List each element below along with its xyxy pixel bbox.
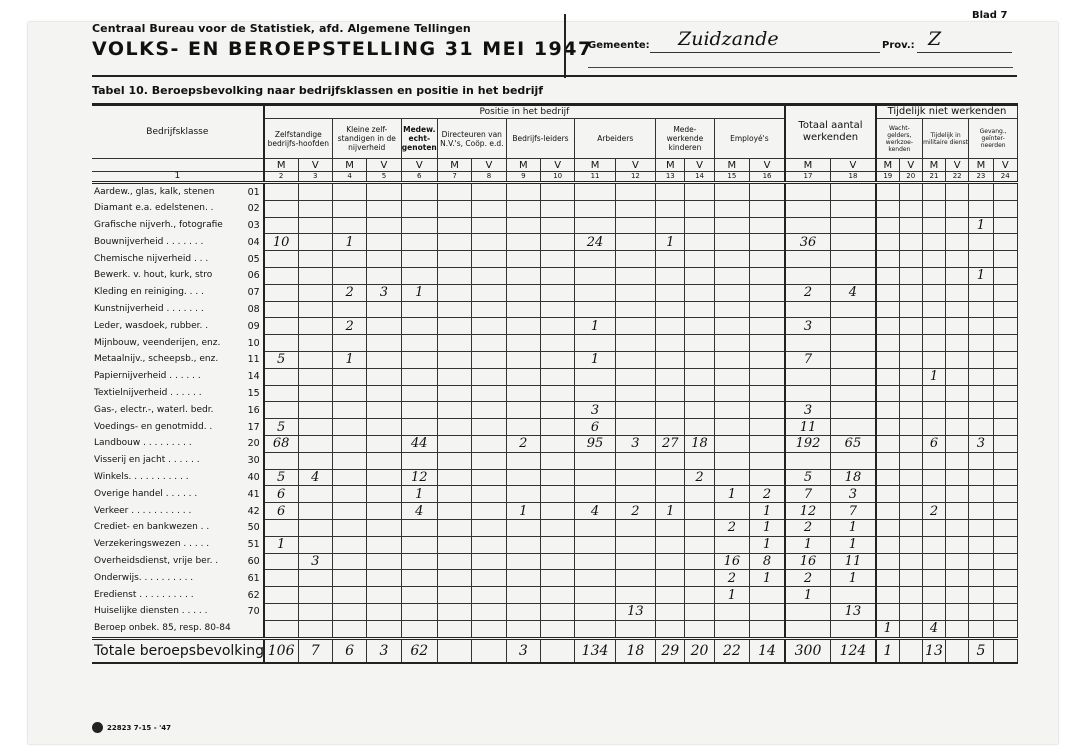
data-cell [969, 301, 993, 318]
bedrijfsklasse-name: Textielnijverheid . . . . . . [94, 388, 202, 398]
data-cell: 1 [656, 503, 685, 520]
data-cell [899, 234, 922, 251]
data-cell: 4 [922, 620, 945, 638]
row-label: Beroep onbek. 85, resp. 80-84 [92, 620, 264, 638]
data-cell [922, 318, 945, 335]
data-cell [750, 301, 785, 318]
data-cell [264, 385, 298, 402]
bedrijfsklasse-name: Onderwijs. . . . . . . . . . [94, 573, 193, 583]
data-cell [298, 183, 332, 201]
data-cell [437, 419, 471, 436]
data-cell [714, 234, 749, 251]
data-cell [685, 503, 714, 520]
data-cell [472, 638, 506, 663]
data-cell [506, 603, 540, 620]
data-cell [540, 419, 574, 436]
data-cell: 2 [922, 503, 945, 520]
data-cell [750, 368, 785, 385]
data-cell [298, 620, 332, 638]
data-cell: 36 [785, 234, 830, 251]
data-cell: 8 [750, 553, 785, 570]
data-cell [575, 553, 615, 570]
data-cell: 6 [922, 435, 945, 452]
data-cell [437, 469, 471, 486]
data-cell [785, 603, 830, 620]
data-cell [830, 200, 875, 217]
data-cell [946, 452, 969, 469]
data-cell [656, 486, 685, 503]
data-cell [298, 435, 332, 452]
data-cell [367, 351, 401, 368]
data-cell [946, 469, 969, 486]
bedrijfsklasse-code: 16 [248, 405, 263, 416]
province-label: Prov.: [882, 40, 915, 51]
province-field-line [917, 52, 1012, 53]
data-cell [899, 351, 922, 368]
table-row: Voedings- en genotmidd. .175611 [92, 419, 1018, 436]
sheet-number: Blad 7 [972, 10, 1007, 21]
data-cell [830, 217, 875, 234]
gemeente-extra-line [588, 67, 1013, 68]
data-cell: 2 [714, 519, 749, 536]
sex-header: M [264, 159, 298, 172]
data-cell [714, 452, 749, 469]
data-cell [367, 251, 401, 268]
data-cell [899, 638, 922, 663]
data-cell [876, 335, 899, 352]
data-cell [993, 385, 1017, 402]
bedrijfsklasse-name: Chemische nijverheid . . . [94, 254, 208, 264]
bedrijfsklasse-code: 60 [248, 556, 263, 567]
table-row: Kleding en reiniging. . . .0723124 [92, 284, 1018, 301]
bedrijfsklasse-name: Kleding en reiniging. . . . [94, 287, 204, 297]
data-cell [876, 603, 899, 620]
print-code: 22823 7-15 - '47 [107, 724, 171, 732]
data-cell [785, 335, 830, 352]
data-cell [506, 419, 540, 436]
bedrijfsklasse-code: 07 [248, 287, 263, 298]
data-cell [298, 419, 332, 436]
sex-header: M [437, 159, 471, 172]
data-cell [367, 368, 401, 385]
header-divider [564, 14, 566, 78]
data-cell [298, 251, 332, 268]
data-cell [946, 419, 969, 436]
data-cell: 2 [785, 570, 830, 587]
row-label: Textielnijverheid . . . . . .15 [92, 385, 264, 402]
data-cell [750, 419, 785, 436]
data-cell [685, 603, 714, 620]
header-rule [92, 75, 1017, 77]
data-cell [946, 351, 969, 368]
column-number: 24 [993, 172, 1017, 183]
data-cell [969, 335, 993, 352]
data-cell [899, 570, 922, 587]
data-cell [993, 620, 1017, 638]
data-cell [750, 217, 785, 234]
data-cell [575, 452, 615, 469]
data-cell [969, 419, 993, 436]
row-label: Winkels. . . . . . . . . . .40 [92, 469, 264, 486]
data-cell [922, 335, 945, 352]
table-row: Beroep onbek. 85, resp. 80-8414 [92, 620, 1018, 638]
data-cell [472, 486, 506, 503]
table-row: Bewerk. v. hout, kurk, stro061 [92, 267, 1018, 284]
table-row: Textielnijverheid . . . . . .15 [92, 385, 1018, 402]
data-cell [367, 335, 401, 352]
data-cell [540, 486, 574, 503]
data-cell [830, 385, 875, 402]
data-cell [401, 267, 437, 284]
data-cell [685, 620, 714, 638]
data-cell [714, 318, 749, 335]
data-cell [540, 284, 574, 301]
data-cell [899, 368, 922, 385]
data-cell [899, 183, 922, 201]
data-cell [575, 519, 615, 536]
data-cell: 3 [367, 638, 401, 663]
data-cell [615, 368, 655, 385]
data-cell [332, 452, 366, 469]
data-cell [472, 620, 506, 638]
column-number: 8 [472, 172, 506, 183]
data-cell [969, 553, 993, 570]
data-cell [993, 553, 1017, 570]
column-number: 5 [367, 172, 401, 183]
table-row: Kunstnijverheid . . . . . . .08 [92, 301, 1018, 318]
data-cell [264, 452, 298, 469]
table-row: Landbouw . . . . . . . . .20684429532718… [92, 435, 1018, 452]
data-cell [332, 620, 366, 638]
data-cell [830, 267, 875, 284]
data-cell [332, 419, 366, 436]
data-cell [367, 267, 401, 284]
data-cell [685, 200, 714, 217]
data-cell [540, 335, 574, 352]
data-cell [472, 519, 506, 536]
data-cell [540, 638, 574, 663]
table-row: Huiselijke diensten . . . . .701313 [92, 603, 1018, 620]
data-cell [993, 217, 1017, 234]
data-cell [506, 183, 540, 201]
data-cell [615, 402, 655, 419]
table-row: Diamant e.a. edelstenen. .02 [92, 200, 1018, 217]
data-cell [367, 503, 401, 520]
data-cell [332, 402, 366, 419]
data-cell [401, 200, 437, 217]
data-cell: 1 [750, 570, 785, 587]
table-row: Chemische nijverheid . . .05 [92, 251, 1018, 268]
data-cell [540, 318, 574, 335]
data-cell: 2 [714, 570, 749, 587]
data-cell: 2 [685, 469, 714, 486]
data-cell [472, 452, 506, 469]
data-cell [876, 553, 899, 570]
table-row: Bouwnijverheid . . . . . . .0410124136 [92, 234, 1018, 251]
data-cell [401, 335, 437, 352]
data-cell [437, 267, 471, 284]
row-label: Mijnbouw, veenderijen, enz.10 [92, 335, 264, 352]
data-cell [785, 368, 830, 385]
data-cell [401, 251, 437, 268]
bedrijfsklasse-code: 15 [248, 388, 263, 399]
data-cell [367, 620, 401, 638]
data-cell [298, 385, 332, 402]
data-cell [969, 385, 993, 402]
data-cell [685, 183, 714, 201]
data-cell [264, 368, 298, 385]
row-label: Papiernijverheid . . . . . .14 [92, 368, 264, 385]
data-cell [685, 553, 714, 570]
data-cell [714, 284, 749, 301]
data-cell [969, 503, 993, 520]
bedrijfsklasse-code: 51 [248, 539, 263, 550]
bedrijfsklasse-code: 03 [248, 220, 263, 231]
data-cell: 3 [506, 638, 540, 663]
data-cell [506, 587, 540, 604]
data-cell [946, 267, 969, 284]
data-cell [656, 603, 685, 620]
bedrijfsklasse-name: Kunstnijverheid . . . . . . . [94, 304, 204, 314]
data-cell [993, 419, 1017, 436]
table-row: Papiernijverheid . . . . . .141 [92, 368, 1018, 385]
data-cell [899, 519, 922, 536]
bedrijfsklasse-name: Papiernijverheid . . . . . . [94, 371, 201, 381]
sex-header: V [540, 159, 574, 172]
data-cell [685, 267, 714, 284]
data-cell [785, 452, 830, 469]
data-cell [332, 217, 366, 234]
data-cell: 18 [615, 638, 655, 663]
data-cell [922, 452, 945, 469]
data-cell: 11 [830, 553, 875, 570]
data-cell [993, 435, 1017, 452]
data-cell [437, 368, 471, 385]
data-cell: 29 [656, 638, 685, 663]
data-cell [830, 351, 875, 368]
data-cell [575, 200, 615, 217]
data-cell [922, 301, 945, 318]
row-label: Chemische nijverheid . . .05 [92, 251, 264, 268]
data-cell [472, 335, 506, 352]
data-cell [750, 385, 785, 402]
data-cell [876, 402, 899, 419]
bedrijfsklasse-name: Totale beroepsbevolking . . . . [94, 643, 264, 659]
column-number: 2 [264, 172, 298, 183]
bedrijfsklasse-name: Metaalnijv., scheepsb., enz. [94, 354, 218, 364]
data-cell [993, 335, 1017, 352]
data-cell [830, 587, 875, 604]
data-cell [899, 335, 922, 352]
data-cell [876, 570, 899, 587]
group-header-kleine-zelfstandigen: Kleine zelf-standigen in de nijverheid [332, 119, 401, 159]
data-cell [264, 603, 298, 620]
data-cell [575, 587, 615, 604]
column-number: 7 [437, 172, 471, 183]
data-cell [830, 301, 875, 318]
row-label: Overige handel . . . . . .41 [92, 486, 264, 503]
data-cell [401, 536, 437, 553]
data-cell [575, 570, 615, 587]
data-cell [264, 570, 298, 587]
data-cell [899, 553, 922, 570]
data-cell [367, 217, 401, 234]
data-cell: 1 [750, 503, 785, 520]
data-cell [922, 587, 945, 604]
data-cell [899, 536, 922, 553]
data-cell [367, 200, 401, 217]
data-cell: 18 [830, 469, 875, 486]
sex-header: V [367, 159, 401, 172]
data-cell [615, 351, 655, 368]
data-cell [993, 519, 1017, 536]
data-cell: 2 [506, 435, 540, 452]
data-cell [615, 200, 655, 217]
bedrijfsklasse-code: 17 [248, 422, 263, 433]
print-footer: 22823 7-15 - '47 [92, 722, 171, 733]
data-cell [615, 267, 655, 284]
data-cell [685, 251, 714, 268]
province-field: Z [928, 28, 941, 50]
data-cell [298, 536, 332, 553]
bedrijfsklasse-name: Aardew., glas, kalk, stenen [94, 187, 214, 197]
data-cell: 3 [830, 486, 875, 503]
data-cell [922, 385, 945, 402]
data-cell [332, 335, 366, 352]
data-cell [656, 536, 685, 553]
data-cell [506, 486, 540, 503]
data-cell: 124 [830, 638, 875, 663]
data-cell [899, 284, 922, 301]
sex-header: M [876, 159, 899, 172]
sex-header: M [714, 159, 749, 172]
data-cell [685, 402, 714, 419]
data-cell [437, 284, 471, 301]
bedrijfsklasse-code: 04 [248, 237, 263, 248]
data-cell [750, 267, 785, 284]
column-number: 19 [876, 172, 899, 183]
data-cell [922, 553, 945, 570]
data-cell [332, 183, 366, 201]
data-cell [922, 234, 945, 251]
table-row: Winkels. . . . . . . . . . .4054122518 [92, 469, 1018, 486]
data-cell [969, 620, 993, 638]
data-cell [437, 570, 471, 587]
data-cell [993, 503, 1017, 520]
data-cell [575, 251, 615, 268]
data-cell: 1 [785, 536, 830, 553]
data-cell [922, 570, 945, 587]
data-cell [899, 419, 922, 436]
data-cell [656, 620, 685, 638]
data-cell: 20 [685, 638, 714, 663]
data-cell [685, 419, 714, 436]
data-cell [575, 385, 615, 402]
data-cell [575, 368, 615, 385]
group-header-arbeiders: Arbeiders [575, 119, 656, 159]
bedrijfsklasse-header: Bedrijfsklasse [92, 105, 264, 159]
data-cell [615, 385, 655, 402]
data-cell [298, 570, 332, 587]
data-cell [750, 620, 785, 638]
data-cell [401, 519, 437, 536]
data-cell [946, 603, 969, 620]
data-cell [367, 570, 401, 587]
bedrijfsklasse-name: Verkeer . . . . . . . . . . . [94, 506, 191, 516]
data-cell [922, 183, 945, 201]
data-cell [401, 603, 437, 620]
data-cell: 10 [264, 234, 298, 251]
census-table: Bedrijfsklasse Positie in het bedrijf To… [92, 103, 1018, 664]
data-cell [714, 536, 749, 553]
data-cell [714, 335, 749, 352]
data-cell [540, 620, 574, 638]
data-cell [685, 486, 714, 503]
data-cell [656, 335, 685, 352]
data-cell [264, 318, 298, 335]
data-cell [946, 335, 969, 352]
data-cell [506, 251, 540, 268]
data-cell [876, 503, 899, 520]
data-cell: 13 [615, 603, 655, 620]
data-cell [401, 587, 437, 604]
data-cell [615, 419, 655, 436]
data-cell [714, 603, 749, 620]
data-cell [946, 503, 969, 520]
data-cell [437, 251, 471, 268]
data-cell [656, 267, 685, 284]
data-cell [367, 587, 401, 604]
data-cell: 1 [750, 519, 785, 536]
data-cell [401, 402, 437, 419]
data-cell [575, 486, 615, 503]
column-number: 15 [714, 172, 749, 183]
data-cell [714, 351, 749, 368]
sex-header: M [922, 159, 945, 172]
data-cell [332, 267, 366, 284]
data-cell: 6 [332, 638, 366, 663]
data-cell [969, 351, 993, 368]
bedrijfsklasse-name: Beroep onbek. 85, resp. 80-84 [94, 623, 231, 633]
data-cell [922, 217, 945, 234]
data-cell [993, 183, 1017, 201]
data-cell [332, 486, 366, 503]
bedrijfsklasse-name: Overige handel . . . . . . [94, 489, 197, 499]
data-cell [332, 536, 366, 553]
bedrijfsklasse-code: 41 [248, 489, 263, 500]
column-number: 17 [785, 172, 830, 183]
data-cell [656, 469, 685, 486]
data-cell: 16 [714, 553, 749, 570]
data-cell [899, 503, 922, 520]
data-cell [540, 603, 574, 620]
data-cell [472, 469, 506, 486]
data-cell [540, 217, 574, 234]
data-cell: 68 [264, 435, 298, 452]
data-cell [472, 402, 506, 419]
data-cell [993, 234, 1017, 251]
data-cell [472, 183, 506, 201]
data-cell [969, 251, 993, 268]
data-cell [750, 183, 785, 201]
bedrijfsklasse-name: Eredienst . . . . . . . . . . [94, 590, 194, 600]
data-cell: 2 [785, 519, 830, 536]
group-header-bedrijfsleiders: Bedrijfs-leiders [506, 119, 575, 159]
data-cell: 12 [785, 503, 830, 520]
data-cell [506, 335, 540, 352]
bedrijfsklasse-name: Crediet- en bankwezen . . [94, 522, 209, 532]
data-cell [540, 435, 574, 452]
